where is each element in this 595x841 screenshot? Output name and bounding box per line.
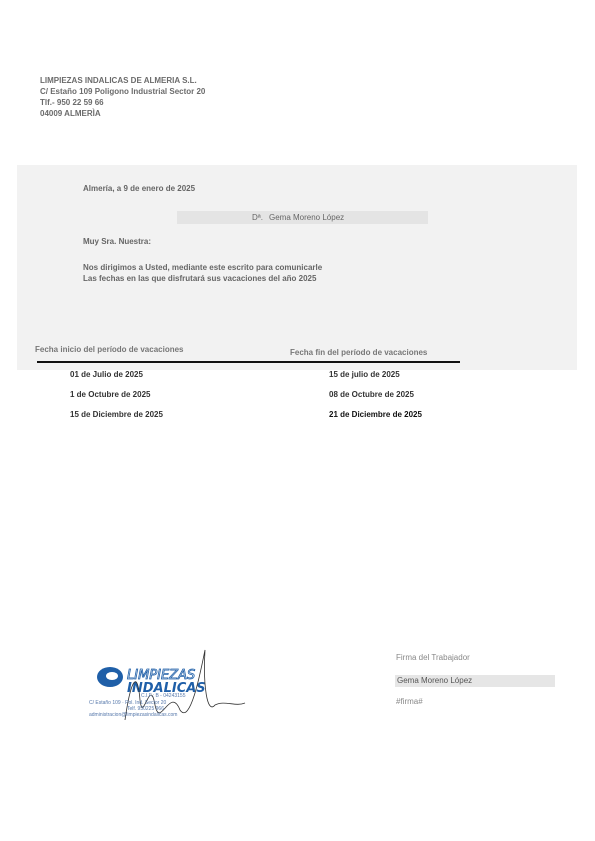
signature-label: Firma del Trabajador: [396, 653, 470, 662]
company-stamp: LIMPIEZAS INDALICAS C.I.F.: B - 04243155…: [85, 645, 265, 730]
period-2-end: 08 de Octubre de 2025: [329, 390, 414, 399]
period-2-start: 1 de Octubre de 2025: [70, 390, 150, 399]
header-divider: [37, 361, 460, 363]
letter-body: Nos dirigimos a Usted, mediante este esc…: [83, 262, 322, 284]
stamp-cif: C.I.F.: B - 04243155: [141, 693, 185, 699]
worker-name: Gema Moreno López: [397, 676, 472, 685]
addressee-field: Dª. Gema Moreno López: [177, 211, 428, 224]
company-address: C/ Estaño 109 Poligono Industrial Sector…: [40, 86, 205, 97]
worker-name-field: Gema Moreno López: [395, 675, 555, 687]
stamp-email: administracion@limpiezasindalicas.com: [89, 712, 177, 718]
addressee-prefix: Dª.: [177, 213, 263, 222]
addressee-name: Gema Moreno López: [269, 213, 344, 222]
salutation: Muy Sra. Nuestra:: [83, 237, 151, 246]
letter-date: Almería, a 9 de enero de 2025: [83, 184, 195, 193]
body-line-1: Nos dirigimos a Usted, mediante este esc…: [83, 262, 322, 273]
period-1-end: 15 de julio de 2025: [329, 370, 400, 379]
company-header: LIMPIEZAS INDALICAS DE ALMERIA S.L. C/ E…: [40, 75, 205, 119]
period-1-start: 01 de Julio de 2025: [70, 370, 143, 379]
period-3-start: 15 de Diciembre de 2025: [70, 410, 163, 419]
period-3-end: 21 de Diciembre de 2025: [329, 410, 422, 419]
company-city: 04009 ALMERÌA: [40, 108, 205, 119]
company-phone: Tlf.- 950 22 59 66: [40, 97, 205, 108]
header-end-date: Fecha fin del período de vacaciones: [290, 348, 427, 357]
header-start-date: Fecha inicio del período de vacaciones: [35, 345, 184, 354]
body-line-2: Las fechas en las que disfrutará sus vac…: [83, 273, 322, 284]
signature-placeholder: #firma#: [396, 697, 423, 706]
company-name: LIMPIEZAS INDALICAS DE ALMERIA S.L.: [40, 75, 205, 86]
